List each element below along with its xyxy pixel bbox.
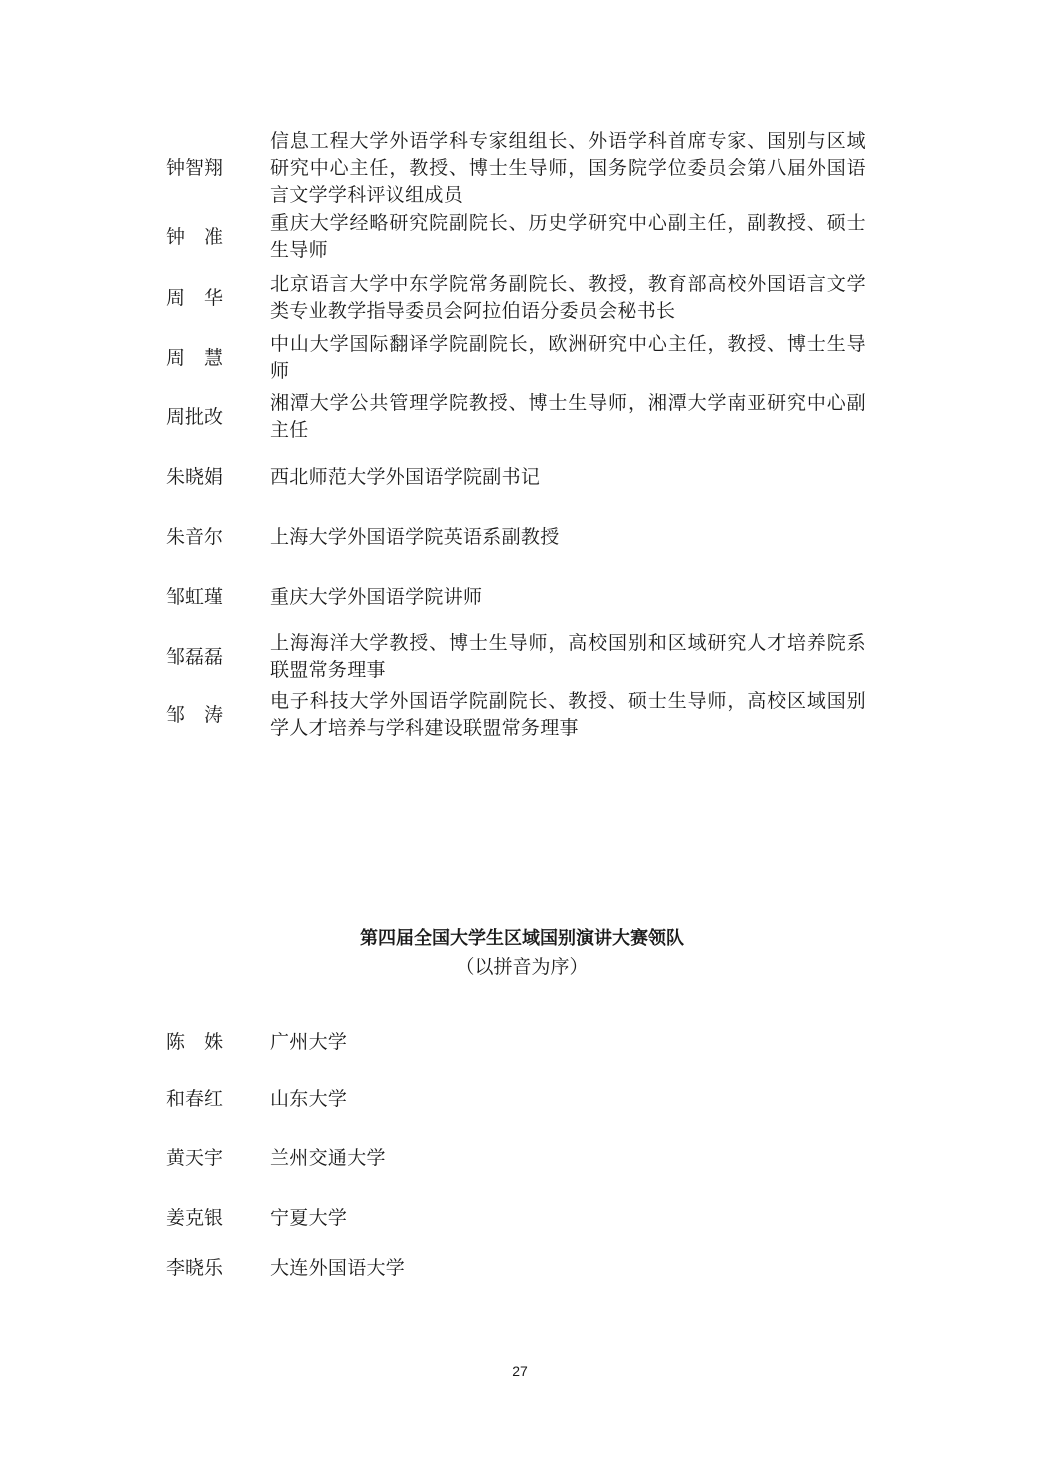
expert-description: 北京语言大学中东学院常务副院长、教授，教育部高校外国语言文学类专业教学指导委员会…: [270, 271, 866, 325]
expert-entry: 钟智翔 信息工程大学外语学科专家组组长、外语学科首席专家、国别与区域研究中心主任…: [166, 128, 866, 209]
expert-entry: 周批改 湘潭大学公共管理学院教授、博士生导师，湘潭大学南亚研究中心副主任: [166, 390, 866, 444]
expert-name: 邹 涛: [166, 702, 270, 729]
expert-description: 信息工程大学外语学科专家组组长、外语学科首席专家、国别与区域研究中心主任，教授、…: [270, 128, 866, 209]
expert-description: 上海海洋大学教授、博士生导师，高校国别和区域研究人才培养院系联盟常务理事: [270, 630, 866, 684]
leader-name: 和春红: [166, 1086, 270, 1113]
expert-description: 重庆大学外国语学院讲师: [270, 584, 866, 611]
expert-name: 周 华: [166, 285, 270, 312]
expert-entry: 钟 准 重庆大学经略研究院副院长、历史学研究中心副主任，副教授、硕士生导师: [166, 210, 866, 264]
expert-entry: 邹 涛 电子科技大学外国语学院副院长、教授、硕士生导师，高校区域国别学人才培养与…: [166, 688, 866, 742]
expert-name: 钟 准: [166, 224, 270, 251]
leader-entry: 黄天宇 兰州交通大学: [166, 1145, 866, 1172]
leader-name: 陈 姝: [166, 1029, 270, 1056]
expert-name: 邹磊磊: [166, 644, 270, 671]
expert-description: 上海大学外国语学院英语系副教授: [270, 524, 866, 551]
expert-entry: 周 华 北京语言大学中东学院常务副院长、教授，教育部高校外国语言文学类专业教学指…: [166, 271, 866, 325]
expert-entry: 朱音尔 上海大学外国语学院英语系副教授: [166, 524, 866, 551]
leader-name: 姜克银: [166, 1205, 270, 1232]
expert-description: 电子科技大学外国语学院副院长、教授、硕士生导师，高校区域国别学人才培养与学科建设…: [270, 688, 866, 742]
leader-name: 黄天宇: [166, 1145, 270, 1172]
expert-entry: 邹虹瑾 重庆大学外国语学院讲师: [166, 584, 866, 611]
leader-university: 宁夏大学: [270, 1205, 866, 1232]
leader-entry: 陈 姝 广州大学: [166, 1029, 866, 1056]
expert-name: 邹虹瑾: [166, 584, 270, 611]
expert-name: 周批改: [166, 404, 270, 431]
expert-name: 朱音尔: [166, 524, 270, 551]
page-number: 27: [0, 1361, 1040, 1381]
section-title: 第四届全国大学生区域国别演讲大赛领队: [0, 926, 1044, 952]
leader-university: 大连外国语大学: [270, 1255, 866, 1282]
expert-name: 朱晓娟: [166, 464, 270, 491]
section-subtitle: （以拼音为序）: [0, 954, 1044, 980]
expert-name: 钟智翔: [166, 155, 270, 182]
expert-description: 湘潭大学公共管理学院教授、博士生导师，湘潭大学南亚研究中心副主任: [270, 390, 866, 444]
expert-entry: 朱晓娟 西北师范大学外国语学院副书记: [166, 464, 866, 491]
expert-entry: 周 慧 中山大学国际翻译学院副院长，欧洲研究中心主任，教授、博士生导师: [166, 331, 866, 385]
leader-entry: 姜克银 宁夏大学: [166, 1205, 866, 1232]
leader-entry: 和春红 山东大学: [166, 1086, 866, 1113]
expert-name: 周 慧: [166, 345, 270, 372]
leader-university: 广州大学: [270, 1029, 866, 1056]
expert-entry: 邹磊磊 上海海洋大学教授、博士生导师，高校国别和区域研究人才培养院系联盟常务理事: [166, 630, 866, 684]
leader-entry: 李晓乐 大连外国语大学: [166, 1255, 866, 1282]
expert-description: 重庆大学经略研究院副院长、历史学研究中心副主任，副教授、硕士生导师: [270, 210, 866, 264]
leader-university: 山东大学: [270, 1086, 866, 1113]
leader-university: 兰州交通大学: [270, 1145, 866, 1172]
expert-description: 中山大学国际翻译学院副院长，欧洲研究中心主任，教授、博士生导师: [270, 331, 866, 385]
leader-name: 李晓乐: [166, 1255, 270, 1282]
document-page: 钟智翔 信息工程大学外语学科专家组组长、外语学科首席专家、国别与区域研究中心主任…: [0, 0, 1044, 1482]
expert-description: 西北师范大学外国语学院副书记: [270, 464, 866, 491]
